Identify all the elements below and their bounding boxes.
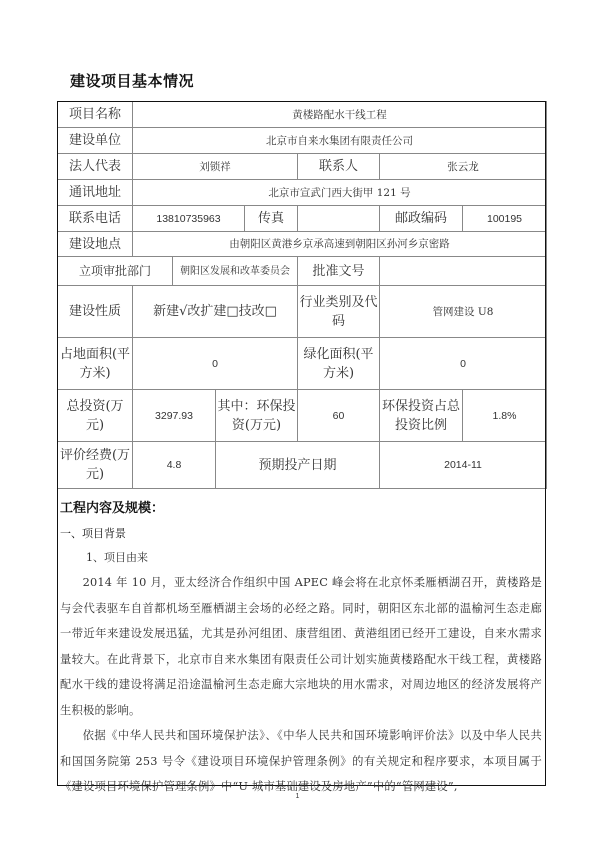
green-area-label: 绿化面积(平方米): [298, 338, 380, 390]
location-label: 建设地点: [58, 232, 133, 257]
page-number: 1: [0, 793, 595, 800]
env-ratio-label: 环保投资占总投资比例: [380, 390, 463, 442]
total-investment-value: 3297.93: [133, 390, 216, 442]
table-row: 联系电话 13810735963 传真 邮政编码 100195: [58, 206, 547, 232]
contact-value: 张云龙: [380, 154, 547, 180]
postal-value: 100195: [463, 206, 547, 232]
table-row: 占地面积(平方米) 0 绿化面积(平方米) 0: [58, 338, 547, 390]
project-content-section: 工程内容及规模： 一、项目背景 1、项目由来 2014 年 10 月，亚太经济合…: [60, 496, 542, 800]
address-label: 通讯地址: [58, 180, 133, 206]
legal-rep-value: 刘锁祥: [133, 154, 298, 180]
phone-label: 联系电话: [58, 206, 133, 232]
project-name-label: 项目名称: [58, 102, 133, 128]
fax-value: [298, 206, 380, 232]
postal-label: 邮政编码: [380, 206, 463, 232]
fax-label: 传真: [245, 206, 298, 232]
address-value: 北京市宣武门西大街甲 121 号: [133, 180, 547, 206]
fee-value: 4.8: [133, 442, 216, 489]
date-label: 预期投产日期: [216, 442, 380, 489]
table-row: 总投资(万元) 3297.93 其中：环保投资(万元) 60 环保投资占总投资比…: [58, 390, 547, 442]
builder-value: 北京市自来水集团有限责任公司: [133, 128, 547, 154]
table-row: 建设地点 由朝阳区黄港乡京承高速到朝阳区孙河乡京密路: [58, 232, 547, 257]
date-value: 2014-11: [380, 442, 547, 489]
green-area-value: 0: [380, 338, 547, 390]
table-row: 通讯地址 北京市宣武门西大街甲 121 号: [58, 180, 547, 206]
env-investment-label: 其中：环保投资(万元): [216, 390, 298, 442]
total-investment-label: 总投资(万元): [58, 390, 133, 442]
contact-label: 联系人: [298, 154, 380, 180]
paragraph: 依据《中华人民共和国环境保护法》、《中华人民共和国环境影响评价法》以及中华人民共…: [60, 723, 542, 800]
builder-label: 建设单位: [58, 128, 133, 154]
legal-rep-label: 法人代表: [58, 154, 133, 180]
table-row: 建设单位 北京市自来水集团有限责任公司: [58, 128, 547, 154]
content-heading: 工程内容及规模：: [60, 496, 542, 522]
paragraph: 2014 年 10 月，亚太经济合作组织中国 APEC 峰会将在北京怀柔雁栖湖召…: [60, 570, 542, 723]
subsection-heading: 1、项目由来: [60, 546, 542, 570]
fee-label: 评价经费(万元): [58, 442, 133, 489]
table-row: 项目名称 黄楼路配水干线工程: [58, 102, 547, 128]
approval-doc-label: 批准文号: [298, 257, 380, 286]
nature-label: 建设性质: [58, 286, 133, 338]
table-row: 法人代表 刘锁祥 联系人 张云龙: [58, 154, 547, 180]
approval-value: 朝阳区发展和改革委员会: [173, 257, 298, 286]
table-row: 评价经费(万元) 4.8 预期投产日期 2014-11: [58, 442, 547, 489]
industry-value: 管网建设 U8: [380, 286, 547, 338]
page-title: 建设项目基本情况: [70, 70, 194, 91]
project-name-value: 黄楼路配水干线工程: [133, 102, 547, 128]
nature-value: 新建√改扩建□技改□: [133, 286, 298, 338]
approval-label: 立项审批部门: [58, 257, 173, 286]
env-ratio-value: 1.8%: [463, 390, 547, 442]
area-value: 0: [133, 338, 298, 390]
section-heading: 一、项目背景: [60, 522, 542, 546]
env-investment-value: 60: [298, 390, 380, 442]
location-value: 由朝阳区黄港乡京承高速到朝阳区孙河乡京密路: [133, 232, 547, 257]
area-label: 占地面积(平方米): [58, 338, 133, 390]
phone-value: 13810735963: [133, 206, 245, 232]
approval-doc-value: [380, 257, 547, 286]
project-info-table: 项目名称 黄楼路配水干线工程 建设单位 北京市自来水集团有限责任公司 法人代表 …: [57, 101, 547, 489]
table-row: 立项审批部门 朝阳区发展和改革委员会 批准文号: [58, 257, 547, 286]
industry-label: 行业类别及代码: [298, 286, 380, 338]
table-row: 建设性质 新建√改扩建□技改□ 行业类别及代码 管网建设 U8: [58, 286, 547, 338]
